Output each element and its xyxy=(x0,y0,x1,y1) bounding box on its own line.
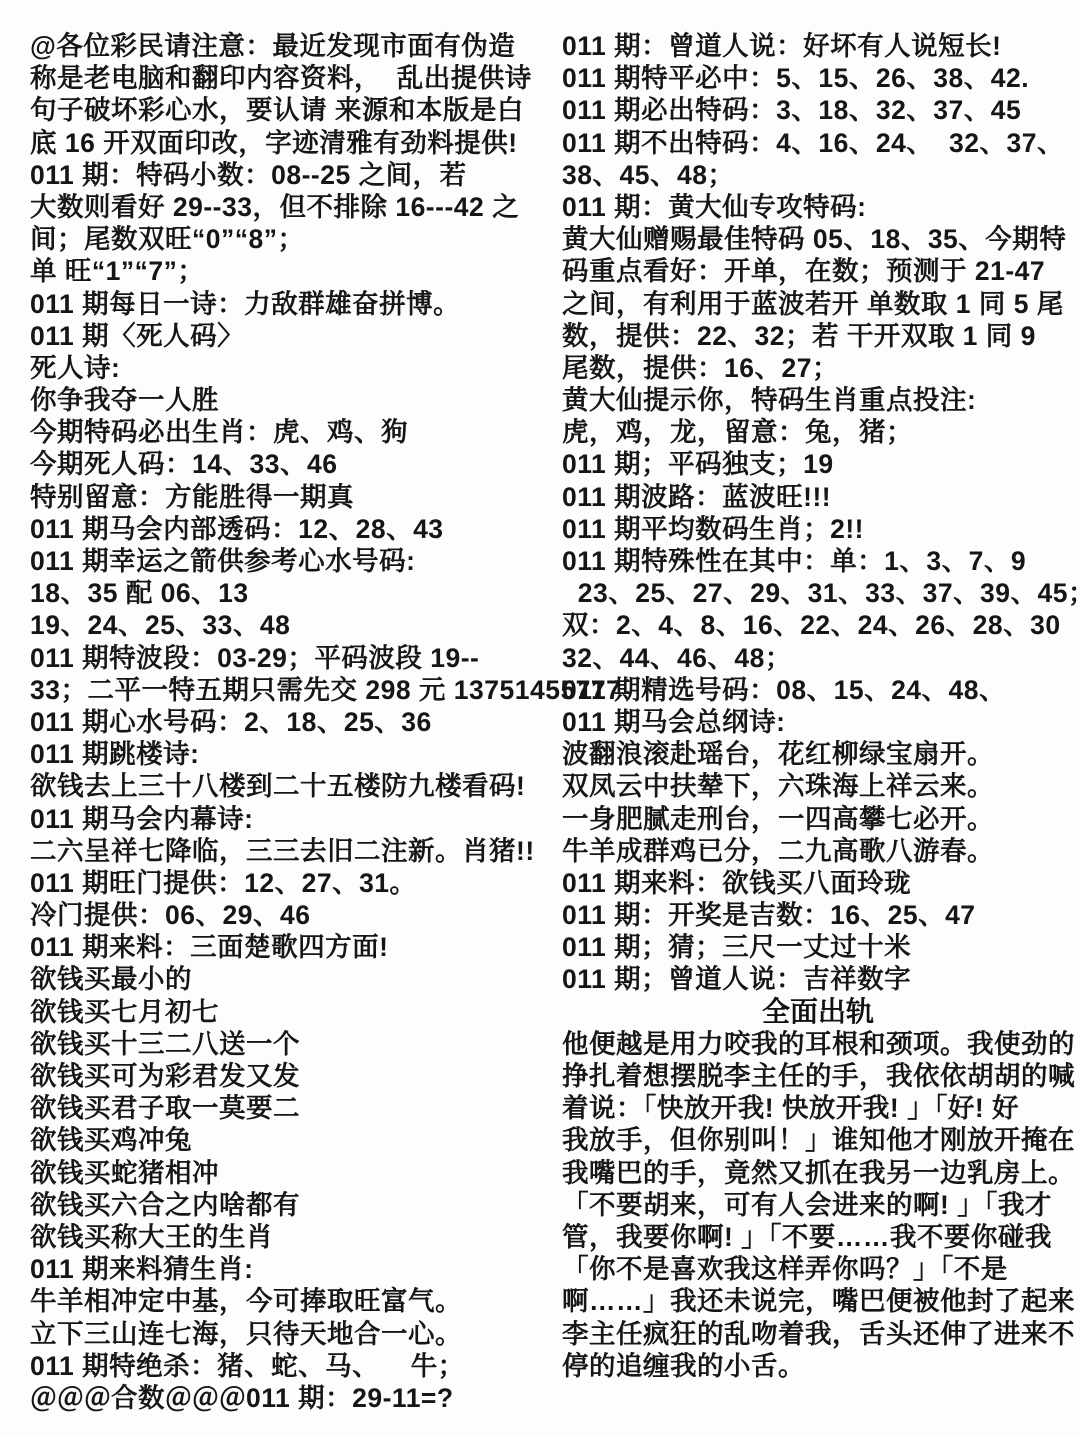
text-line: 波翻浪滚赴瑶台，花红柳绿宝扇开。 xyxy=(562,738,1074,770)
text-line: 欲钱买鸡冲兔 xyxy=(30,1124,536,1156)
section-heading: 全面出轨 xyxy=(562,996,1074,1028)
text-line: 011 期平均数码生肖；2!! xyxy=(562,513,1074,545)
right-column-top-lines: 011 期：曾道人说：好坏有人说短长!011 期特平必中：5、15、26、38、… xyxy=(562,30,1074,996)
text-line: 间；尾数双旺“0”“8”； xyxy=(30,223,536,255)
text-line: 欲钱买七月初七 xyxy=(30,996,536,1028)
text-line: 011 期精选号码：08、15、24、48、 xyxy=(562,674,1074,706)
lottery-tip-sheet-page: @各位彩民请注意：最近发现市面有伪造称是老电脑和翻印内容资料， 乱出提供诗句子破… xyxy=(0,0,1080,1437)
left-column: @各位彩民请注意：最近发现市面有伪造称是老电脑和翻印内容资料， 乱出提供诗句子破… xyxy=(30,30,536,1414)
text-line: 011 期幸运之箭供参考心水号码: xyxy=(30,545,536,577)
text-line: 单 旺“1”“7”； xyxy=(30,255,536,287)
text-line: 啊……」我还未说完，嘴巴便被他封了起来 xyxy=(562,1285,1074,1317)
text-line: 011 期；平码独支；19 xyxy=(562,448,1074,480)
text-line: 李主任疯狂的乱吻着我，舌头还伸了进来不 xyxy=(562,1318,1074,1350)
text-line: @各位彩民请注意：最近发现市面有伪造 xyxy=(30,30,536,62)
text-line: 死人诗: xyxy=(30,352,536,384)
text-line: 011 期波路：蓝波旺!!! xyxy=(562,481,1074,513)
text-line: 大数则看好 29--33，但不排除 16---42 之 xyxy=(30,191,536,223)
text-line: ＠＠＠合数＠＠＠011 期：29-11=? xyxy=(30,1382,536,1414)
text-line: 011 期特绝杀：猪、蛇、马、 牛； xyxy=(30,1350,536,1382)
text-line: 停的追缠我的小舌。 xyxy=(562,1350,1074,1382)
text-line: 011 期：黄大仙专攻特码: xyxy=(562,191,1074,223)
text-line: 今期死人码：14、33、46 xyxy=(30,448,536,480)
text-line: 底 16 开双面印改，字迹清雅有劲料提供! xyxy=(30,127,536,159)
text-line: 牛羊成群鸡已分，二九高歌八游春。 xyxy=(562,835,1074,867)
text-line: 011 期：特码小数：08--25 之间，若 xyxy=(30,159,536,191)
text-line: 011 期旺门提供：12、27、31。 xyxy=(30,867,536,899)
text-line: 011 期跳楼诗: xyxy=(30,738,536,770)
text-line: 011 期马会总纲诗: xyxy=(562,706,1074,738)
text-line: 着说：「快放开我! 快放开我! 」「好! 好 xyxy=(562,1092,1074,1124)
text-line: 欲钱去上三十八楼到二十五楼防九楼看码! xyxy=(30,770,536,802)
text-line: 尾数，提供：16、27； xyxy=(562,352,1074,384)
text-line: 称是老电脑和翻印内容资料， 乱出提供诗 xyxy=(30,62,536,94)
text-line: 句子破坏彩心水，要认请 来源和本版是白 xyxy=(30,94,536,126)
text-line: 011 期马会内部透码：12、28、43 xyxy=(30,513,536,545)
text-line: 管，我要你啊! 」「不要……我不要你碰我 xyxy=(562,1221,1074,1253)
text-line: 「你不是喜欢我这样弄你吗？」「不是 xyxy=(562,1253,1074,1285)
text-line: 欲钱买最小的 xyxy=(30,963,536,995)
text-line: 我嘴巴的手，竟然又抓在我另一边乳房上。 xyxy=(562,1157,1074,1189)
text-line: 欲钱买蛇猪相冲 xyxy=(30,1157,536,1189)
text-line: 码重点看好：开单，在数；预测于 21-47 xyxy=(562,255,1074,287)
text-line: 黄大仙赠赐最佳特码 05、18、35、今期特 xyxy=(562,223,1074,255)
text-line: 双凤云中扶辇下，六珠海上祥云来。 xyxy=(562,770,1074,802)
text-line: 欲钱买十三二八送一个 xyxy=(30,1028,536,1060)
text-line: 33；二平一特五期只需先交 298 元 13751455777 xyxy=(30,674,536,706)
text-line: 欲钱买六合之内啥都有 xyxy=(30,1189,536,1221)
text-line: 冷门提供：06、29、46 xyxy=(30,899,536,931)
text-line: 011 期不出特码：4、16、24、 32、37、 xyxy=(562,127,1074,159)
text-line: 挣扎着想摆脱李主任的手，我依依胡胡的喊 xyxy=(562,1060,1074,1092)
text-line: 欲钱买可为彩君发又发 xyxy=(30,1060,536,1092)
text-line: 011 期〈死人码〉 xyxy=(30,320,536,352)
text-line: 19、24、25、33、48 xyxy=(30,609,536,641)
text-line: 立下三山连七海，只待天地合一心。 xyxy=(30,1318,536,1350)
text-line: 特别留意：方能胜得一期真 xyxy=(30,481,536,513)
text-line: 011 期特殊性在其中：单：1、3、7、9 xyxy=(562,545,1074,577)
text-line: 你争我夺一人胜 xyxy=(30,384,536,416)
right-column-bottom-lines: 他便越是用力咬我的耳根和颈项。我使劲的挣扎着想摆脱李主任的手，我依依胡胡的喊着说… xyxy=(562,1028,1074,1382)
text-line: 18、35 配 06、13 xyxy=(30,577,536,609)
text-line: 牛羊相冲定中基，今可捧取旺富气。 xyxy=(30,1285,536,1317)
text-line: 32、44、46、48； xyxy=(562,642,1074,674)
text-line: 数，提供：22、32；若 干开双取 1 同 9 xyxy=(562,320,1074,352)
text-line: 欲钱买君子取一莫要二 xyxy=(30,1092,536,1124)
right-column: 011 期：曾道人说：好坏有人说短长!011 期特平必中：5、15、26、38、… xyxy=(562,30,1074,1382)
text-line: 011 期必出特码：3、18、32、37、45 xyxy=(562,94,1074,126)
text-line: 011 期：曾道人说：好坏有人说短长! xyxy=(562,30,1074,62)
text-line: 今期特码必出生肖：虎、鸡、狗 xyxy=(30,416,536,448)
text-line: 之间，有利用于蓝波若开 单数取 1 同 5 尾 xyxy=(562,288,1074,320)
text-line: 二六呈祥七降临，三三去旧二注新。肖猪!! xyxy=(30,835,536,867)
text-line: 011 期；猜；三尺一丈过十米 xyxy=(562,931,1074,963)
text-line: 011 期特波段：03-29；平码波段 19-- xyxy=(30,642,536,674)
text-line: 011 期特平必中：5、15、26、38、42. xyxy=(562,62,1074,94)
text-line: 38、45、48； xyxy=(562,159,1074,191)
text-line: 「不要胡来，可有人会进来的啊! 」「我才 xyxy=(562,1189,1074,1221)
text-line: 双：2、4、8、16、22、24、26、28、30 xyxy=(562,609,1074,641)
text-line: 我放手，但你别叫！」谁知他才刚放开掩在 xyxy=(562,1124,1074,1156)
text-line: 011 期来料：欲钱买八面玲珑 xyxy=(562,867,1074,899)
text-line: 011 期每日一诗：力敌群雄奋拼博。 xyxy=(30,288,536,320)
text-line: 欲钱买称大王的生肖 xyxy=(30,1221,536,1253)
text-line: 他便越是用力咬我的耳根和颈项。我使劲的 xyxy=(562,1028,1074,1060)
text-line: 虎，鸡，龙，留意：兔，猪； xyxy=(562,416,1074,448)
text-line: 011 期心水号码：2、18、25、36 xyxy=(30,706,536,738)
text-line: 011 期来料猜生肖: xyxy=(30,1253,536,1285)
text-line: 011 期：开奖是吉数：16、25、47 xyxy=(562,899,1074,931)
text-line: 011 期；曾道人说：吉祥数字 xyxy=(562,963,1074,995)
text-line: 011 期马会内幕诗: xyxy=(30,803,536,835)
text-line: 黄大仙提示你，特码生肖重点投注: xyxy=(562,384,1074,416)
text-line: 011 期来料：三面楚歌四方面! xyxy=(30,931,536,963)
text-line: 一身肥腻走刑台，一四高攀七必开。 xyxy=(562,803,1074,835)
text-line: 23、25、27、29、31、33、37、39、45； xyxy=(562,577,1074,609)
